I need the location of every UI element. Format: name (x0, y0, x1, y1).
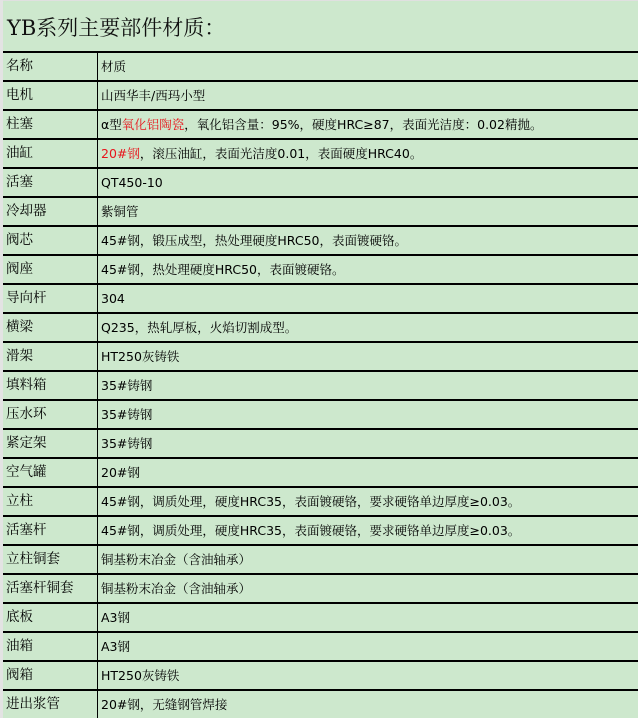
material-suffix: ，滚压油缸，表面光洁度0.01，表面硬度HRC40。 (140, 146, 422, 161)
part-name[interactable]: 填料箱 (3, 371, 98, 400)
table-row: 紧定架 35#铸钢 (3, 429, 638, 458)
part-material[interactable]: 35#铸钢 (98, 429, 638, 458)
table-row: 空气罐 20#钢 (3, 458, 638, 487)
part-material[interactable]: HT250灰铸铁 (98, 342, 638, 371)
table-row: 油箱 A3钢 (3, 632, 638, 661)
table-row: 阀座 45#钢，热处理硬度HRC50，表面镀硬铬。 (3, 255, 638, 284)
part-material[interactable]: 20#钢，滚压油缸，表面光洁度0.01，表面硬度HRC40。 (98, 139, 638, 168)
part-material[interactable]: 45#钢，调质处理，硬度HRC35，表面镀硬铬，要求硬铬单边厚度≥0.03。 (98, 487, 638, 516)
part-name[interactable]: 阀芯 (3, 226, 98, 255)
table-row: 导向杆 304 (3, 284, 638, 313)
material-highlight: 20#钢 (101, 146, 140, 161)
part-material[interactable]: A3钢 (98, 632, 638, 661)
table-row: 立柱 45#钢，调质处理，硬度HRC35，表面镀硬铬，要求硬铬单边厚度≥0.03… (3, 487, 638, 516)
part-name[interactable]: 电机 (3, 81, 98, 110)
part-name[interactable]: 油箱 (3, 632, 98, 661)
part-name[interactable]: 立柱 (3, 487, 98, 516)
header-material[interactable]: 材质 (98, 52, 638, 81)
part-name[interactable]: 紧定架 (3, 429, 98, 458)
table-row: 活塞杆铜套 铜基粉末冶金（含油轴承） (3, 574, 638, 603)
part-name[interactable]: 活塞杆铜套 (3, 574, 98, 603)
part-name[interactable]: 横梁 (3, 313, 98, 342)
table-row: 立柱铜套 铜基粉末冶金（含油轴承） (3, 545, 638, 574)
part-material[interactable]: QT450-10 (98, 168, 638, 197)
part-material[interactable]: Q235，热轧厚板，火焰切割成型。 (98, 313, 638, 342)
table-row: 填料箱 35#铸钢 (3, 371, 638, 400)
part-name[interactable]: 压水环 (3, 400, 98, 429)
table-row: 滑架 HT250灰铸铁 (3, 342, 638, 371)
part-name[interactable]: 柱塞 (3, 110, 98, 139)
part-name[interactable]: 进出浆管 (3, 690, 98, 718)
part-material[interactable]: 铜基粉末冶金（含油轴承） (98, 574, 638, 603)
part-material[interactable]: 铜基粉末冶金（含油轴承） (98, 545, 638, 574)
table-row: 油缸 20#钢，滚压油缸，表面光洁度0.01，表面硬度HRC40。 (3, 139, 638, 168)
part-name[interactable]: 立柱铜套 (3, 545, 98, 574)
part-material[interactable]: A3钢 (98, 603, 638, 632)
part-name[interactable]: 空气罐 (3, 458, 98, 487)
table-row: 进出浆管 20#钢，无缝钢管焊接 (3, 690, 638, 718)
part-material[interactable]: 304 (98, 284, 638, 313)
part-material[interactable]: 20#钢，无缝钢管焊接 (98, 690, 638, 718)
material-highlight: 氧化铝陶瓷 (122, 117, 185, 132)
header-name[interactable]: 名称 (3, 52, 98, 81)
part-material[interactable]: HT250灰铸铁 (98, 661, 638, 690)
table-row: 阀箱 HT250灰铸铁 (3, 661, 638, 690)
table-row: 压水环 35#铸钢 (3, 400, 638, 429)
part-material[interactable]: 紫铜管 (98, 197, 638, 226)
part-material[interactable]: 35#铸钢 (98, 400, 638, 429)
part-material[interactable]: α型氧化铝陶瓷，氧化铝含量：95%，硬度HRC≥87，表面光洁度：0.02精抛。 (98, 110, 638, 139)
materials-sheet: YB系列主要部件材质： 名称 材质 电机 山西华丰/西玛小型 柱塞 α型氧化铝陶… (3, 1, 638, 718)
part-name[interactable]: 活塞 (3, 168, 98, 197)
part-material[interactable]: 35#铸钢 (98, 371, 638, 400)
table-header-row: 名称 材质 (3, 52, 638, 81)
part-material[interactable]: 20#钢 (98, 458, 638, 487)
part-name[interactable]: 阀箱 (3, 661, 98, 690)
table-row: 活塞 QT450-10 (3, 168, 638, 197)
materials-table: 名称 材质 电机 山西华丰/西玛小型 柱塞 α型氧化铝陶瓷，氧化铝含量：95%，… (3, 51, 638, 718)
part-material[interactable]: 山西华丰/西玛小型 (98, 81, 638, 110)
table-row: 活塞杆 45#钢，调质处理，硬度HRC35，表面镀硬铬，要求硬铬单边厚度≥0.0… (3, 516, 638, 545)
part-name[interactable]: 冷却器 (3, 197, 98, 226)
material-suffix: ，氧化铝含量：95%，硬度HRC≥87，表面光洁度：0.02精抛。 (184, 117, 542, 132)
part-material[interactable]: 45#钢，锻压成型，热处理硬度HRC50，表面镀硬铬。 (98, 226, 638, 255)
part-name[interactable]: 导向杆 (3, 284, 98, 313)
part-name[interactable]: 滑架 (3, 342, 98, 371)
part-name[interactable]: 油缸 (3, 139, 98, 168)
part-name[interactable]: 底板 (3, 603, 98, 632)
table-row: 阀芯 45#钢，锻压成型，热处理硬度HRC50，表面镀硬铬。 (3, 226, 638, 255)
page-title: YB系列主要部件材质： (7, 15, 225, 41)
part-name[interactable]: 阀座 (3, 255, 98, 284)
table-row: 横梁 Q235，热轧厚板，火焰切割成型。 (3, 313, 638, 342)
part-material[interactable]: 45#钢，热处理硬度HRC50，表面镀硬铬。 (98, 255, 638, 284)
table-row: 电机 山西华丰/西玛小型 (3, 81, 638, 110)
table-row: 冷却器 紫铜管 (3, 197, 638, 226)
part-material[interactable]: 45#钢，调质处理，硬度HRC35，表面镀硬铬，要求硬铬单边厚度≥0.03。 (98, 516, 638, 545)
table-row: 底板 A3钢 (3, 603, 638, 632)
material-prefix: α型 (101, 117, 122, 132)
part-name[interactable]: 活塞杆 (3, 516, 98, 545)
table-row: 柱塞 α型氧化铝陶瓷，氧化铝含量：95%，硬度HRC≥87，表面光洁度：0.02… (3, 110, 638, 139)
